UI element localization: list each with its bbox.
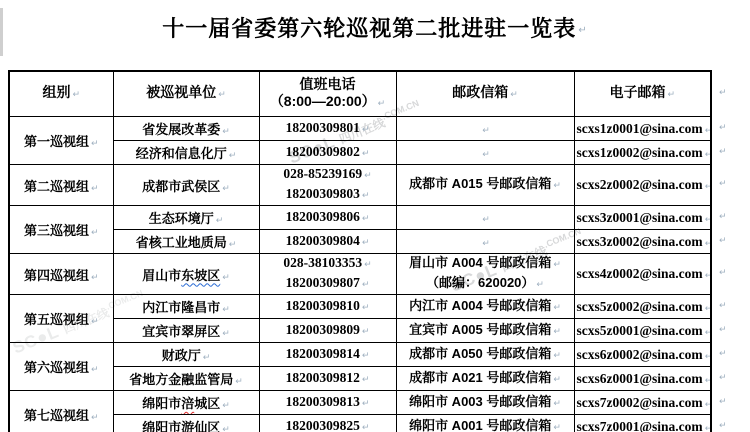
end-of-cell-mark: ↵ — [362, 238, 370, 248]
phone-number: 18200309812 — [286, 370, 360, 385]
end-of-cell-mark: ↵ — [362, 149, 370, 159]
email-cell: scxs5z0002@sina.com↵ — [574, 295, 711, 319]
end-of-cell-mark: ↵ — [91, 317, 99, 327]
email-address: scxs3z0002@sina.com — [577, 234, 703, 249]
end-of-cell-mark: ↵ — [482, 215, 490, 225]
end-of-cell-mark: ↵ — [91, 273, 99, 283]
group-cell: 第一巡视组↵ — [9, 117, 113, 165]
column-header-email: 电子邮箱↵ — [574, 71, 711, 117]
phone-cell: 18200309814↵ — [259, 343, 396, 367]
end-of-cell-mark: ↵ — [362, 327, 370, 337]
phone-cell: 18200309802↵ — [259, 141, 396, 165]
email-address: scxs6z0001@sina.com — [577, 371, 703, 386]
table-row: 省核工业地质局↵18200309804↵↵scxs3z0002@sina.com… — [9, 230, 711, 254]
end-of-cell-mark: ↵ — [705, 328, 711, 338]
end-of-cell-mark: ↵ — [364, 171, 372, 181]
postal-cell: ↵ — [396, 141, 574, 165]
end-of-row-mark: ↵ — [719, 301, 727, 311]
end-of-cell-mark: ↵ — [235, 377, 243, 387]
end-of-cell-mark: ↵ — [705, 215, 711, 225]
postal-cell: 成都市 A050 号邮政信箱↵ — [396, 343, 574, 367]
end-of-row-mark: ↵ — [719, 397, 727, 407]
postal-box: 绵阳市 A003 号邮政信箱 — [409, 394, 551, 409]
phone-number: 18200309807 — [286, 275, 360, 290]
end-of-cell-mark: ↵ — [362, 423, 370, 432]
table-row: 经济和信息化厅↵18200309802↵↵scxs1z0002@sina.com… — [9, 141, 711, 165]
email-cell: scxs6z0001@sina.com↵ — [574, 367, 711, 391]
end-of-cell-mark: ↵ — [378, 99, 386, 109]
end-of-cell-mark: ↵ — [705, 400, 711, 410]
phone-number: 18200309806 — [286, 209, 360, 224]
end-of-cell-mark: ↵ — [222, 184, 230, 194]
table-row: 第二巡视组↵成都市武侯区↵028-85239169↵18200309803↵成都… — [9, 165, 711, 206]
end-of-cell-mark: ↵ — [362, 125, 370, 135]
end-of-cell-mark: ↵ — [705, 376, 711, 386]
table-header: 组别↵被巡视单位↵值班电话（8:00—20:00）↵邮政信箱↵电子邮箱↵ — [9, 71, 711, 117]
postal-cell: 宜宾市 A005 号邮政信箱↵ — [396, 319, 574, 343]
end-of-cell-mark: ↵ — [362, 280, 370, 290]
end-of-cell-mark: ↵ — [362, 351, 370, 361]
end-of-cell-mark: ↵ — [553, 375, 561, 385]
end-of-cell-mark: ↵ — [218, 90, 226, 100]
unit-name-spellcheck: 涪 — [181, 396, 194, 411]
postal-box: 眉山市 A004 号邮政信箱 — [409, 255, 551, 270]
postal-cell: 绵阳市 A001 号邮政信箱↵ — [396, 415, 574, 432]
end-of-row-mark: ↵ — [719, 123, 727, 133]
column-header-label: 组别 — [42, 84, 70, 100]
end-of-cell-mark: ↵ — [553, 327, 561, 337]
end-of-row-mark: ↵ — [719, 88, 727, 98]
postal-box: （邮编：620020） — [426, 275, 534, 290]
email-cell: scxs3z0001@sina.com↵ — [574, 206, 711, 230]
table-body: 第一巡视组↵省发展改革委↵18200309801↵↵scxs1z0001@sin… — [9, 117, 711, 432]
end-of-cell-mark: ↵ — [705, 424, 711, 432]
end-of-row-mark: ↵ — [719, 147, 727, 157]
postal-box: 内江市 A004 号邮政信箱 — [409, 298, 551, 313]
end-of-cell-mark: ↵ — [536, 280, 544, 290]
group-cell: 第四巡视组↵ — [9, 254, 113, 295]
end-of-cell-mark: ↵ — [91, 184, 99, 194]
email-cell: scxs2z0002@sina.com↵ — [574, 165, 711, 206]
postal-box: 绵阳市 A001 号邮政信箱 — [409, 418, 551, 432]
unit-cell: 眉山市东坡区↵ — [113, 254, 259, 295]
end-of-cell-mark: ↵ — [203, 353, 211, 363]
email-address: scxs3z0001@sina.com — [577, 210, 703, 225]
end-of-row-mark: ↵ — [719, 212, 727, 222]
end-of-cell-mark: ↵ — [362, 303, 370, 313]
postal-box: 宜宾市 A005 号邮政信箱 — [409, 322, 551, 337]
end-of-row-mark: ↵ — [719, 268, 727, 278]
phone-number: 18200309810 — [286, 298, 360, 313]
end-of-cell-mark: ↵ — [362, 214, 370, 224]
group-cell: 第三巡视组↵ — [9, 206, 113, 254]
email-cell: scxs7z0001@sina.com↵ — [574, 415, 711, 432]
phone-cell: 18200309810↵ — [259, 295, 396, 319]
group-label: 第一巡视组 — [24, 134, 89, 149]
group-cell: 第五巡视组↵ — [9, 295, 113, 343]
table-row: 绵阳市游仙区↵18200309825↵绵阳市 A001 号邮政信箱↵scxs7z… — [9, 415, 711, 432]
unit-name-spellcheck: 东坡区 — [181, 268, 220, 283]
phone-number: 18200309814 — [286, 346, 360, 361]
unit-name: 城区 — [194, 396, 220, 411]
postal-box: 成都市 A050 号邮政信箱 — [409, 346, 551, 361]
table-row: 第六巡视组↵财政厅↵18200309814↵成都市 A050 号邮政信箱↵scx… — [9, 343, 711, 367]
column-header-group: 组别↵ — [9, 71, 113, 117]
email-cell: scxs6z0002@sina.com↵ — [574, 343, 711, 367]
unit-cell: 绵阳市游仙区↵ — [113, 415, 259, 432]
end-of-cell-mark: ↵ — [482, 150, 490, 160]
unit-name: 内江市隆昌市 — [142, 300, 220, 315]
unit-cell: 经济和信息化厅↵ — [113, 141, 259, 165]
unit-cell: 省核工业地质局↵ — [113, 230, 259, 254]
unit-name: 财政厅 — [162, 348, 201, 363]
phone-number: 18200309801 — [286, 120, 360, 135]
group-label: 第五巡视组 — [24, 312, 89, 327]
unit-cell: 省发展改革委↵ — [113, 117, 259, 141]
page-title-text: 十一届省委第六轮巡视第二批进驻一览表 — [162, 16, 576, 41]
column-header-unit: 被巡视单位↵ — [113, 71, 259, 117]
phone-number: 18200309804 — [286, 233, 360, 248]
postal-cell: 成都市 A021 号邮政信箱↵ — [396, 367, 574, 391]
end-of-cell-mark: ↵ — [364, 260, 372, 270]
end-of-cell-mark: ↵ — [216, 216, 224, 226]
unit-cell: 生态环境厅↵ — [113, 206, 259, 230]
table-row: 第七巡视组↵绵阳市涪城区↵18200309813↵绵阳市 A003 号邮政信箱↵… — [9, 391, 711, 415]
column-header-label: 被巡视单位 — [146, 84, 216, 100]
end-of-cell-mark: ↵ — [667, 90, 675, 100]
postal-cell: 内江市 A004 号邮政信箱↵ — [396, 295, 574, 319]
email-cell: scxs3z0002@sina.com↵ — [574, 230, 711, 254]
end-of-cell-mark: ↵ — [482, 126, 490, 136]
inspection-roster-table: 组别↵被巡视单位↵值班电话（8:00—20:00）↵邮政信箱↵电子邮箱↵ 第一巡… — [8, 70, 712, 432]
end-of-cell-mark: ↵ — [229, 240, 237, 250]
header-row: 组别↵被巡视单位↵值班电话（8:00—20:00）↵邮政信箱↵电子邮箱↵ — [9, 71, 711, 117]
postal-cell: ↵ — [396, 206, 574, 230]
end-of-cell-mark: ↵ — [362, 399, 370, 409]
phone-cell: 18200309813↵ — [259, 391, 396, 415]
phone-cell: 18200309812↵ — [259, 367, 396, 391]
table-row: 宜宾市翠屏区↵18200309809↵宜宾市 A005 号邮政信箱↵scxs5z… — [9, 319, 711, 343]
postal-box: 成都市 A021 号邮政信箱 — [409, 370, 551, 385]
end-of-cell-mark: ↵ — [705, 126, 711, 136]
page-title: 十一届省委第六轮巡视第二批进驻一览表↵ — [0, 12, 750, 43]
postal-cell: 成都市 A015 号邮政信箱↵ — [396, 165, 574, 206]
end-of-cell-mark: ↵ — [222, 305, 230, 315]
end-of-cell-mark: ↵ — [705, 271, 711, 281]
unit-cell: 绵阳市涪城区↵ — [113, 391, 259, 415]
phone-cell: 18200309806↵ — [259, 206, 396, 230]
postal-cell: 绵阳市 A003 号邮政信箱↵ — [396, 391, 574, 415]
unit-cell: 成都市武侯区↵ — [113, 165, 259, 206]
paragraph-mark: ↵ — [578, 25, 587, 36]
column-header-label: 电子邮箱 — [609, 84, 665, 100]
end-of-cell-mark: ↵ — [91, 413, 99, 423]
end-of-row-mark: ↵ — [719, 236, 727, 246]
end-of-row-mark: ↵ — [719, 421, 727, 431]
end-of-cell-mark: ↵ — [362, 191, 370, 201]
end-of-cell-mark: ↵ — [222, 127, 230, 137]
unit-name: 成都市武侯区 — [142, 179, 220, 194]
end-of-row-mark: ↵ — [719, 373, 727, 383]
table-row: 第四巡视组↵眉山市东坡区↵028-38103353↵18200309807↵眉山… — [9, 254, 711, 295]
end-of-cell-mark: ↵ — [222, 329, 230, 339]
unit-name: 省核工业地质局 — [136, 235, 227, 250]
phone-number: 18200309813 — [286, 394, 360, 409]
unit-name: 经济和信息化厅 — [136, 146, 227, 161]
end-of-cell-mark: ↵ — [229, 151, 237, 161]
email-address: scxs6z0002@sina.com — [577, 347, 703, 362]
end-of-cell-mark: ↵ — [72, 90, 80, 100]
end-of-cell-mark: ↵ — [91, 228, 99, 238]
end-of-cell-mark: ↵ — [553, 303, 561, 313]
group-label: 第六巡视组 — [24, 360, 89, 375]
end-of-cell-mark: ↵ — [705, 239, 711, 249]
end-of-cell-mark: ↵ — [553, 399, 561, 409]
group-cell: 第六巡视组↵ — [9, 343, 113, 391]
unit-cell: 宜宾市翠屏区↵ — [113, 319, 259, 343]
end-of-row-mark: ↵ — [719, 325, 727, 335]
end-of-row-mark: ↵ — [719, 349, 727, 359]
end-of-cell-mark: ↵ — [553, 351, 561, 361]
column-header-postal: 邮政信箱↵ — [396, 71, 574, 117]
email-address: scxs7z0002@sina.com — [577, 395, 703, 410]
email-address: scxs5z0002@sina.com — [577, 299, 703, 314]
unit-name: 宜宾市翠屏区 — [142, 324, 220, 339]
table-row: 第五巡视组↵内江市隆昌市↵18200309810↵内江市 A004 号邮政信箱↵… — [9, 295, 711, 319]
end-of-cell-mark: ↵ — [91, 365, 99, 375]
end-of-cell-mark: ↵ — [91, 139, 99, 149]
group-label: 第七巡视组 — [24, 408, 89, 423]
end-of-cell-mark: ↵ — [705, 150, 711, 160]
postal-cell: 眉山市 A004 号邮政信箱↵（邮编：620020）↵ — [396, 254, 574, 295]
end-of-cell-mark: ↵ — [705, 304, 711, 314]
column-header-label: （8:00—20:00） — [270, 93, 376, 109]
email-address: scxs7z0001@sina.com — [577, 419, 703, 432]
unit-name: 生态环境厅 — [149, 211, 214, 226]
end-of-row-mark: ↵ — [719, 179, 727, 189]
group-cell: 第二巡视组↵ — [9, 165, 113, 206]
email-cell: scxs5z0001@sina.com↵ — [574, 319, 711, 343]
phone-cell: 028-38103353↵18200309807↵ — [259, 254, 396, 295]
email-address: scxs5z0001@sina.com — [577, 323, 703, 338]
table-row: 省地方金融监管局↵18200309812↵成都市 A021 号邮政信箱↵scxs… — [9, 367, 711, 391]
end-of-cell-mark: ↵ — [482, 239, 490, 249]
group-label: 第三巡视组 — [24, 223, 89, 238]
column-header-label: 邮政信箱 — [452, 84, 508, 100]
postal-cell: ↵ — [396, 117, 574, 141]
postal-cell: ↵ — [396, 230, 574, 254]
phone-cell: 18200309809↵ — [259, 319, 396, 343]
email-cell: scxs4z0002@sina.com↵ — [574, 254, 711, 295]
unit-name: 省地方金融监管局 — [129, 372, 233, 387]
unit-name: 绵阳市游仙区 — [142, 420, 220, 432]
phone-number: 18200309803 — [286, 186, 360, 201]
postal-box: 成都市 A015 号邮政信箱 — [409, 176, 551, 191]
end-of-cell-mark: ↵ — [553, 260, 561, 270]
column-header-label: 值班电话 — [300, 76, 356, 92]
column-header-phone: 值班电话（8:00—20:00）↵ — [259, 71, 396, 117]
phone-cell: 18200309801↵ — [259, 117, 396, 141]
group-label: 第二巡视组 — [24, 179, 89, 194]
email-cell: scxs1z0002@sina.com↵ — [574, 141, 711, 165]
unit-cell: 财政厅↵ — [113, 343, 259, 367]
phone-cell: 18200309804↵ — [259, 230, 396, 254]
table-row: 第三巡视组↵生态环境厅↵18200309806↵↵scxs3z0001@sina… — [9, 206, 711, 230]
end-of-cell-mark: ↵ — [553, 423, 561, 432]
phone-number: 028-38103353 — [283, 255, 362, 270]
unit-cell: 省地方金融监管局↵ — [113, 367, 259, 391]
phone-number: 18200309809 — [286, 322, 360, 337]
group-label: 第四巡视组 — [24, 268, 89, 283]
table-row: 第一巡视组↵省发展改革委↵18200309801↵↵scxs1z0001@sin… — [9, 117, 711, 141]
unit-cell: 内江市隆昌市↵ — [113, 295, 259, 319]
end-of-cell-mark: ↵ — [510, 90, 518, 100]
end-of-cell-mark: ↵ — [222, 401, 230, 411]
group-cell: 第七巡视组↵ — [9, 391, 113, 432]
end-of-cell-mark: ↵ — [362, 375, 370, 385]
end-of-cell-mark: ↵ — [222, 273, 230, 283]
end-of-cell-mark: ↵ — [222, 425, 230, 432]
email-address: scxs2z0002@sina.com — [577, 177, 703, 192]
phone-cell: 028-85239169↵18200309803↵ — [259, 165, 396, 206]
email-cell: scxs7z0002@sina.com↵ — [574, 391, 711, 415]
phone-cell: 18200309825↵ — [259, 415, 396, 432]
email-cell: scxs1z0001@sina.com↵ — [574, 117, 711, 141]
unit-name: 绵阳市 — [142, 396, 181, 411]
end-of-cell-mark: ↵ — [705, 352, 711, 362]
email-address: scxs1z0002@sina.com — [577, 145, 703, 160]
email-address: scxs4z0002@sina.com — [577, 266, 703, 281]
end-of-cell-mark: ↵ — [553, 181, 561, 191]
unit-name: 眉山市 — [142, 268, 181, 283]
phone-number: 18200309825 — [286, 418, 360, 432]
email-address: scxs1z0001@sina.com — [577, 121, 703, 136]
phone-number: 18200309802 — [286, 144, 360, 159]
unit-name: 省发展改革委 — [142, 122, 220, 137]
phone-number: 028-85239169 — [283, 166, 362, 181]
end-of-cell-mark: ↵ — [705, 182, 711, 192]
